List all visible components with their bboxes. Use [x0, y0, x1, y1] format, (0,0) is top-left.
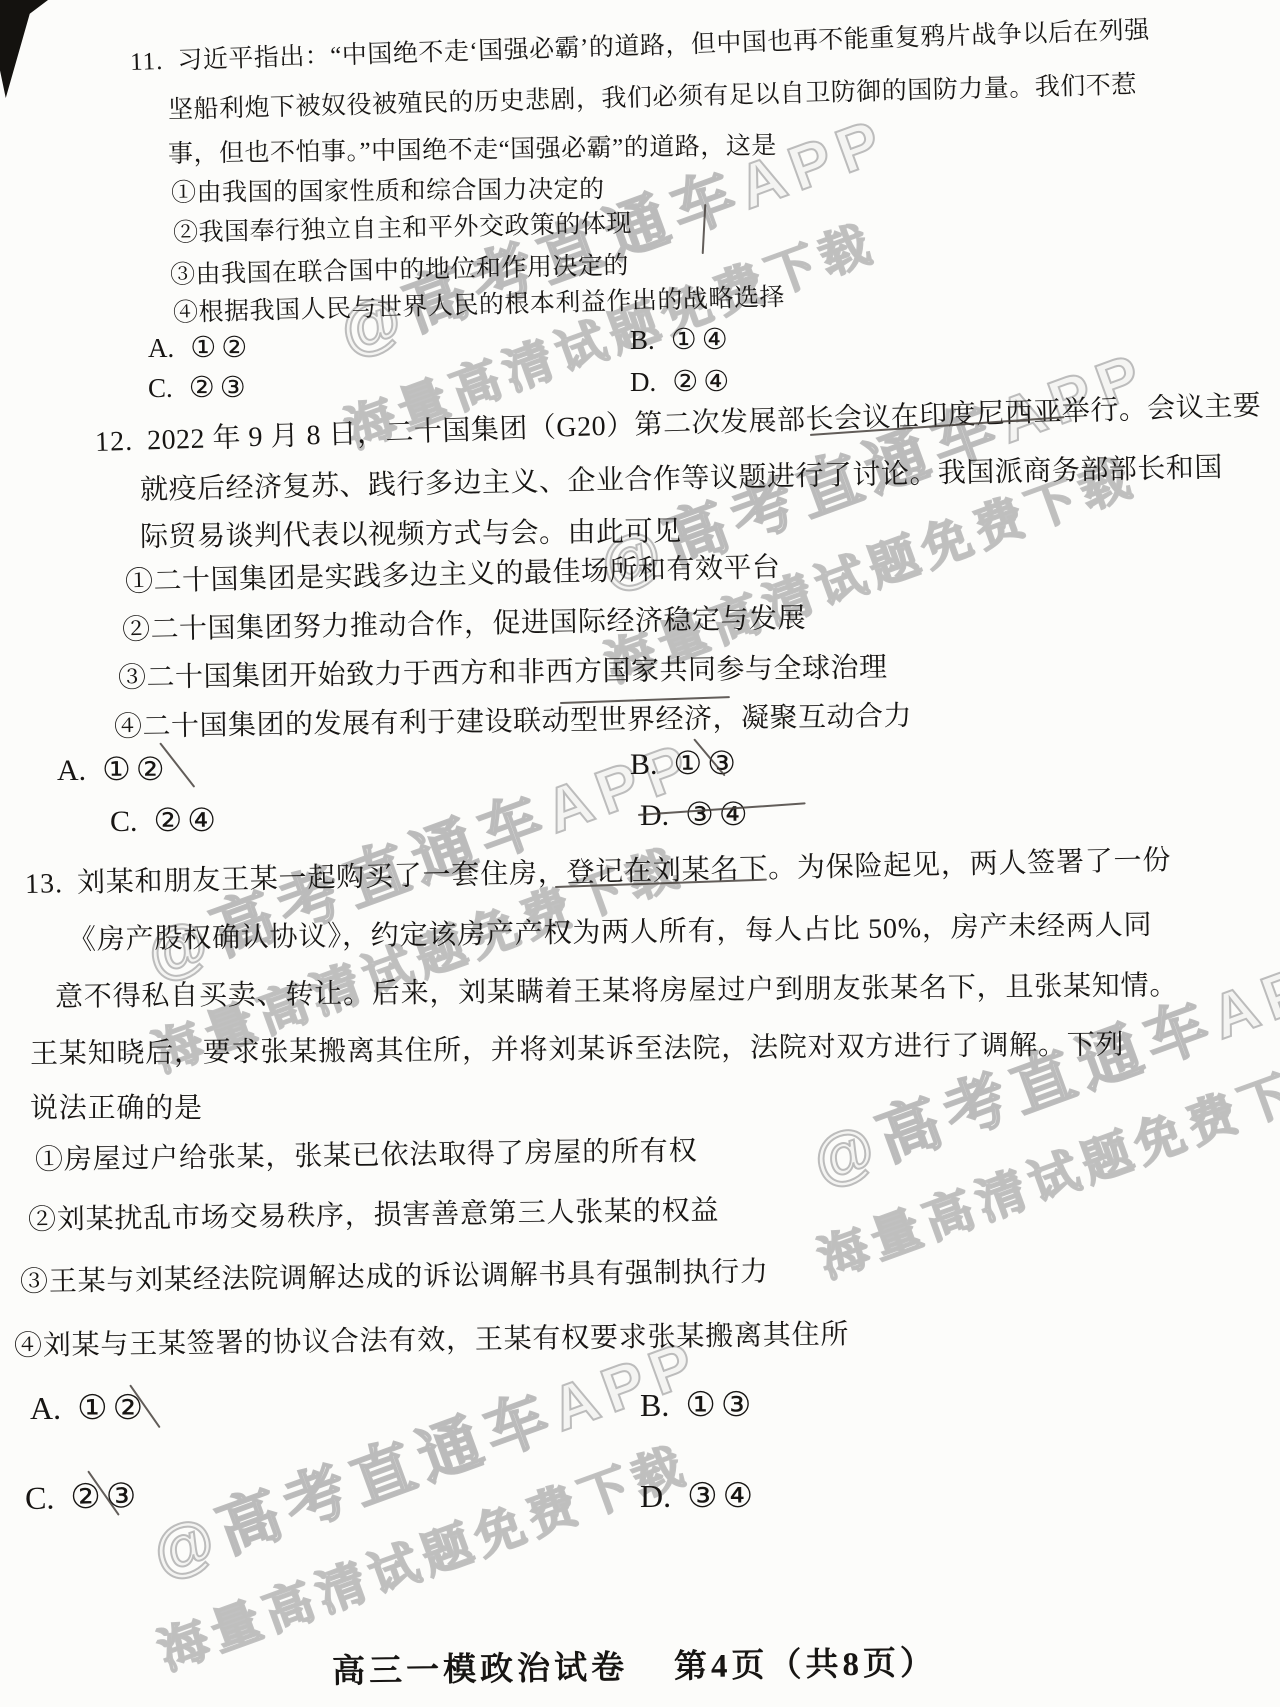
- question-number: 13.: [25, 868, 64, 901]
- choice-text: ③王某与刘某经法院调解达成的诉讼调解书具有强制执行力: [20, 1257, 769, 1298]
- choice-text: ①房屋过户给张某，张某已依法取得了房屋的所有权: [35, 1136, 698, 1176]
- question-11-choice: ①由我国的国家性质和综合国力决定的: [171, 169, 605, 209]
- question-13-choice: ②刘某扰乱市场交易秩序，损害善意第三人张某的权益: [28, 1188, 720, 1238]
- question-13-option-b: B.①③: [640, 1385, 756, 1425]
- stem-text: 说法正确的是: [30, 1093, 203, 1124]
- question-11-choice: ②我国奉行独立自主和平外交政策的体现: [173, 203, 633, 249]
- question-12-option-a: A.①②: [57, 750, 170, 788]
- question-13-stem-line: 《房产股权确认协议》，约定该房产产权为两人所有，每人占比 50%，房产未经两人同: [68, 903, 1153, 958]
- question-11-stem-line: 事，但也不怕事。”中国绝不走“国强必霸”的道路，这是: [168, 126, 777, 170]
- exam-page: @高考直通车APP 海量高清试题免费下载 @高考直通车APP 海量高清试题免费下…: [0, 0, 1280, 1707]
- stem-text: 习近平指出：“中国绝不走‘国强必霸’的道路，但中国也再不能重复鸦片战争以后在列强: [177, 17, 1150, 75]
- question-13-stem-line: 意不得私自买卖、转让。后来，刘某瞒着王某将房屋过户到朋友张某名下，且张某知情。: [55, 963, 1179, 1015]
- pencil-mark: [702, 204, 707, 254]
- question-13-stem-line: 王某知晓后，要求张某搬离其住所，并将刘某诉至法院，法院对双方进行了调解。下列: [30, 1022, 1125, 1072]
- stem-text: 王某知晓后，要求张某搬离其住所，并将刘某诉至法院，法院对双方进行了调解。下列: [30, 1029, 1125, 1070]
- choice-text: ④根据我国人民与世界人民的根本利益作出的战略选择: [173, 284, 786, 327]
- question-13-option-a: A.①②: [30, 1388, 148, 1428]
- footer-gap: [628, 1677, 674, 1678]
- question-11-option-d: D.②④: [630, 364, 734, 399]
- question-12-stem-line: 际贸易谈判代表以视频方式与会。由此可见: [140, 509, 682, 555]
- choice-text: ④刘某与王某签署的协议合法有效，王某有权要求张某搬离其住所: [14, 1319, 850, 1362]
- question-11-option-a: A.①②: [148, 330, 252, 365]
- choice-text: ④二十国集团的发展有利于建设联动型世界经济，凝聚互动合力: [114, 701, 912, 743]
- stem-text: 意不得私自买卖、转让。后来，刘某瞒着王某将房屋过户到朋友张某名下，且张某知情。: [55, 970, 1178, 1013]
- question-13-choice: ③王某与刘某经法院调解达成的诉讼调解书具有强制执行力: [20, 1250, 769, 1300]
- stem-text: 《房产股权确认协议》，约定该房产产权为两人所有，每人占比 50%，房产未经两人同: [68, 910, 1153, 956]
- scan-corner-artifact: [0, 0, 48, 98]
- question-11-option-b: B.①④: [630, 322, 733, 357]
- question-13-option-c: C.②③: [25, 1476, 142, 1518]
- stem-text: 2022 年 9 月 8 日，二十国集团（G20）第二次发展部长会议在印度尼西亚…: [147, 390, 1262, 456]
- question-13-stem-line: 13.刘某和朋友王某一起购买了一套住房，登记在刘某名下。为保险起见，两人签署了一…: [25, 838, 1172, 902]
- question-12-stem-line: 就疫后经济复苏、践行多边主义、企业合作等议题进行了讨论。我国派商务部部长和国: [140, 445, 1224, 508]
- question-13-stem-line: 说法正确的是: [30, 1086, 203, 1126]
- stem-text: 际贸易谈判代表以视频方式与会。由此可见: [140, 516, 682, 553]
- choice-text: ②刘某扰乱市场交易秩序，损害善意第三人张某的权益: [28, 1195, 720, 1236]
- question-12-choice: ②二十国集团努力推动合作，促进国际经济稳定与发展: [122, 596, 807, 648]
- choice-text: ②二十国集团努力推动合作，促进国际经济稳定与发展: [122, 603, 806, 646]
- stem-text: 刘某和朋友王某一起购买了一套住房，登记在刘某名下。为保险起见，两人签署了一份: [77, 845, 1172, 899]
- page-number: 第4页（共8页）: [674, 1646, 937, 1686]
- stem-text: 坚船利炮下被奴役被殖民的历史悲剧，我们必须有足以自卫防御的国防力量。我们不惹: [168, 72, 1137, 124]
- choice-text: ①二十国集团是实践多边主义的最佳场所和有效平台: [125, 552, 781, 598]
- question-11-option-c: C.②③: [148, 370, 251, 405]
- question-13-choice: ④刘某与王某签署的协议合法有效，王某有权要求张某搬离其住所: [14, 1312, 850, 1364]
- question-number: 12.: [95, 426, 134, 459]
- choice-text: ①由我国的国家性质和综合国力决定的: [171, 176, 605, 207]
- exam-title: 高三一模政治试卷: [332, 1650, 628, 1690]
- question-12-option-b: B.①③: [630, 744, 741, 782]
- question-11-stem-line: 坚船利炮下被奴役被殖民的历史悲剧，我们必须有足以自卫防御的国防力量。我们不惹: [168, 65, 1138, 126]
- question-12-choice: ③二十国集团开始致力于西方和非西方国家共同参与全球治理: [118, 645, 888, 696]
- choice-text: ②我国奉行独立自主和平外交政策的体现: [173, 210, 632, 247]
- question-13-choice: ①房屋过户给张某，张某已依法取得了房屋的所有权: [35, 1129, 698, 1178]
- question-12-option-c: C.②④: [110, 801, 221, 839]
- question-13-option-d: D.③④: [640, 1476, 758, 1516]
- question-number: 11.: [130, 48, 164, 77]
- stem-text: 就疫后经济复苏、践行多边主义、企业合作等议题进行了讨论。我国派商务部部长和国: [140, 452, 1223, 506]
- stem-text: 事，但也不怕事。”中国绝不走“国强必霸”的道路，这是: [168, 133, 777, 168]
- question-12-choice: ④二十国集团的发展有利于建设联动型世界经济，凝聚互动合力: [114, 694, 912, 745]
- page-footer: 高三一模政治试卷第4页（共8页）: [332, 1637, 938, 1692]
- choice-text: ③二十国集团开始致力于西方和非西方国家共同参与全球治理: [118, 652, 888, 694]
